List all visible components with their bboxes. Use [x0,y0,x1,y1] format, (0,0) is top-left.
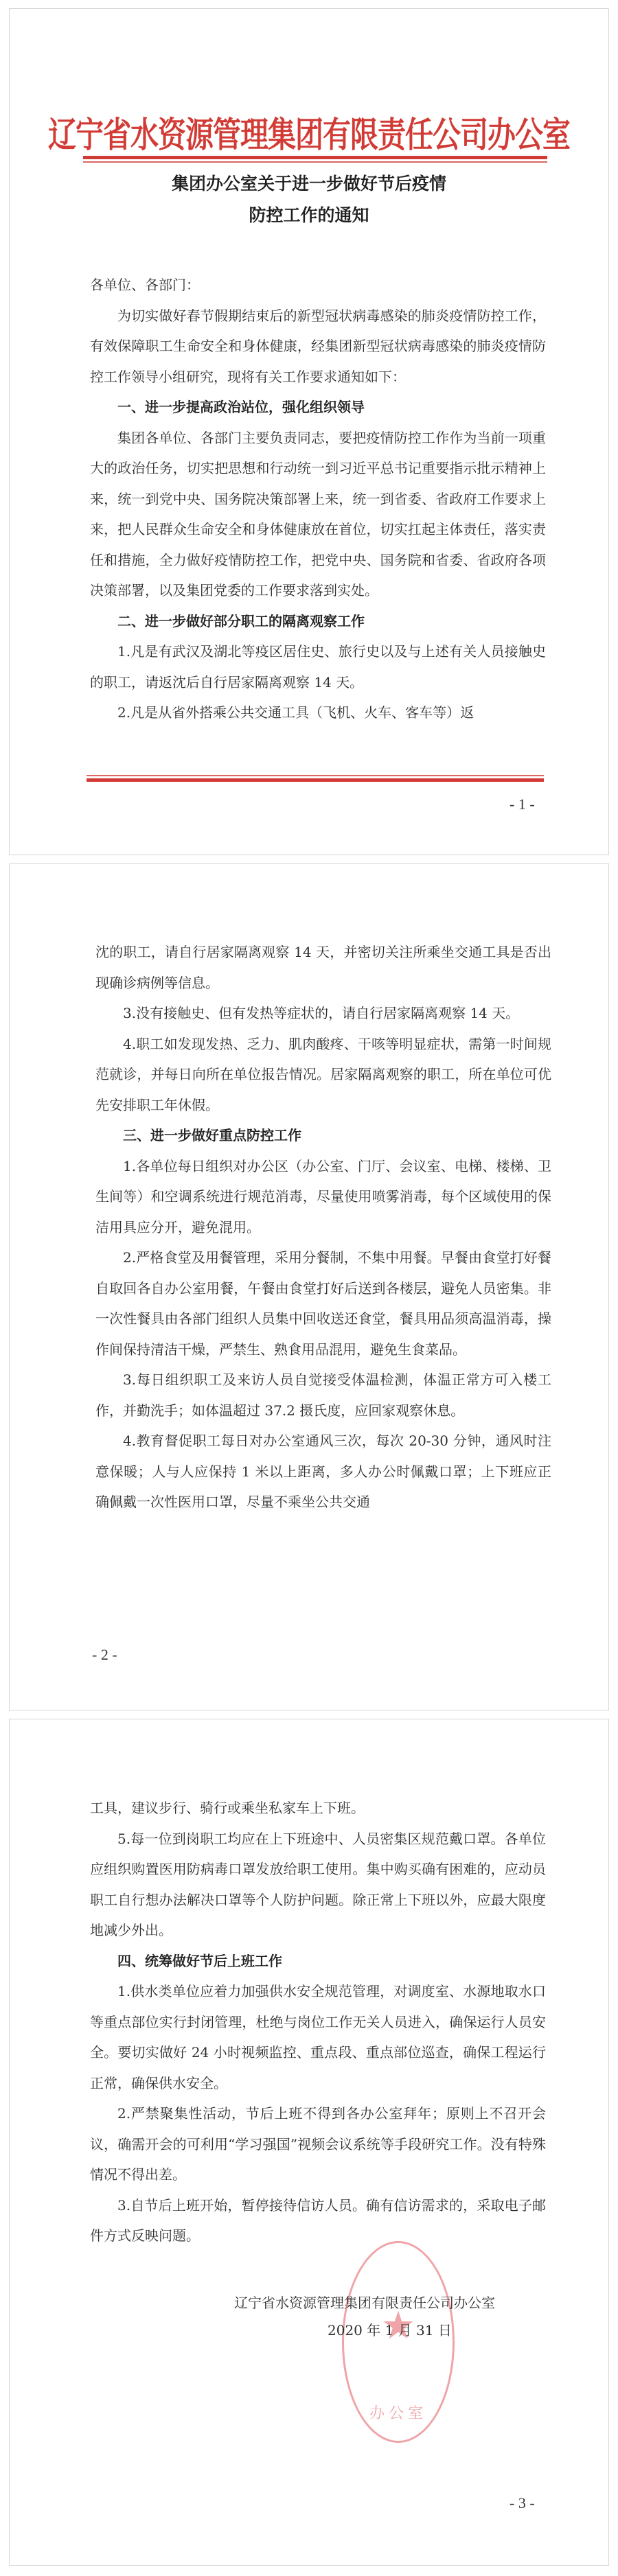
document-page-3: 工具，建议步行、骑行或乘坐私家车上下班。 5.每一位到岗职工均应在上下班途中、人… [9,1719,609,2566]
letterhead-title: 辽宁省水资源管理集团有限责任公司办公室 [10,106,608,157]
section-1-paragraph: 集团各单位、各部门主要负责同志，要把疫情防控工作作为当前一项重大的政治任务，切实… [90,423,546,606]
footer-rule-thick [87,778,544,782]
section-2-item-4: 4.职工如发现发热、乏力、肌肉酸疼、干咳等明显症状，需第一时间规范就诊，并每日向… [95,1029,551,1121]
red-rule-thick [83,156,547,159]
footer-rule-thin [87,775,544,776]
section-2-item-2-start: 2.凡是从省外搭乘公共交通工具（飞机、火车、客车等）返 [90,697,546,728]
section-2-item-1: 1.凡是有武汉及湖北等疫区居住史、旅行史以及与上述有关人员接触史的职工，请返沈后… [90,636,546,697]
intro-paragraph: 为切实做好春节假期结束后的新型冠状病毒感染的肺炎疫情防控工作，有效保障职工生命安… [90,301,546,393]
red-rule-thin [83,161,547,163]
page-number-2: - 2 - [92,1646,117,1664]
section-1-heading: 一、进一步提高政治站位，强化组织领导 [90,392,546,423]
salutation: 各单位、各部门： [90,270,546,301]
section-3-item-4-cont: 工具，建议步行、骑行或乘坐私家车上下班。 [90,1793,546,1824]
letterhead-red-rule [83,156,547,163]
page-3-body: 工具，建议步行、骑行或乘坐私家车上下班。 5.每一位到岗职工均应在上下班途中、人… [90,1793,546,2251]
section-2-heading: 二、进一步做好部分职工的隔离观察工作 [90,606,546,637]
section-3-heading: 三、进一步做好重点防控工作 [95,1120,551,1151]
section-4-heading: 四、统筹做好节后上班工作 [90,1946,546,1977]
section-3-item-5: 5.每一位到岗职工均应在上下班途中、人员密集区规范戴口罩。各单位应组织购置医用防… [90,1824,546,1946]
section-2-item-2-cont: 沈的职工，请自行居家隔离观察 14 天，并密切关注所乘坐交通工具是否出现确诊病例… [95,937,551,998]
page-1-body: 各单位、各部门： 为切实做好春节假期结束后的新型冠状病毒感染的肺炎疫情防控工作，… [90,270,546,728]
section-3-item-1: 1.各单位每日组织对办公区（办公室、门厅、会议室、电梯、楼梯、卫生间等）和空调系… [95,1151,551,1243]
page-2-body: 沈的职工，请自行居家隔离观察 14 天，并密切关注所乘坐交通工具是否出现确诊病例… [95,937,551,1518]
section-4-item-3: 3.自节后上班开始，暂停接待信访人员。确有信访需求的，采取电子邮件方式反映问题。 [90,2190,546,2251]
section-2-item-3: 3.没有接触史、但有发热等症状的，请自行居家隔离观察 14 天。 [95,998,551,1029]
footer-red-rule [87,775,544,782]
official-seal: ★ 办公室 [342,2241,455,2443]
page-number-1: - 1 - [510,796,535,813]
page-number-3: - 3 - [510,2494,535,2512]
document-page-1: 辽宁省水资源管理集团有限责任公司办公室 集团办公室关于进一步做好节后疫情 防控工… [9,8,609,855]
section-4-item-2: 2.严禁聚集性活动，节后上班不得到各办公室拜年；原则上不召开会议，确需开会的可利… [90,2098,546,2190]
section-3-item-3: 3.每日组织职工及来访人员自觉接受体温检测，体温正常方可入楼工作，并勤洗手；如体… [95,1365,551,1426]
signature-organization: 辽宁省水资源管理集团有限责任公司办公室 [234,2292,495,2312]
section-3-item-2: 2.严格食堂及用餐管理，采用分餐制，不集中用餐。早餐由食堂打好餐自取回各自办公室… [95,1242,551,1365]
notice-title-line-1: 集团办公室关于进一步做好节后疫情 [10,168,608,200]
notice-title: 集团办公室关于进一步做好节后疫情 防控工作的通知 [10,168,608,231]
section-3-item-4: 4.教育督促职工每日对办公室通风三次，每次 20-30 分钟，通风时注意保暖；人… [95,1426,551,1518]
section-4-item-1: 1.供水类单位应着力加强供水安全规范管理，对调度室、水源地取水口等重点部位实行封… [90,1976,546,2098]
signature-date: 2020 年 1 月 31 日 [328,2319,452,2339]
notice-title-line-2: 防控工作的通知 [10,200,608,231]
document-page-2: 沈的职工，请自行居家隔离观察 14 天，并密切关注所乘坐交通工具是否出现确诊病例… [9,863,609,1710]
seal-bottom-text: 办公室 [344,2402,453,2423]
